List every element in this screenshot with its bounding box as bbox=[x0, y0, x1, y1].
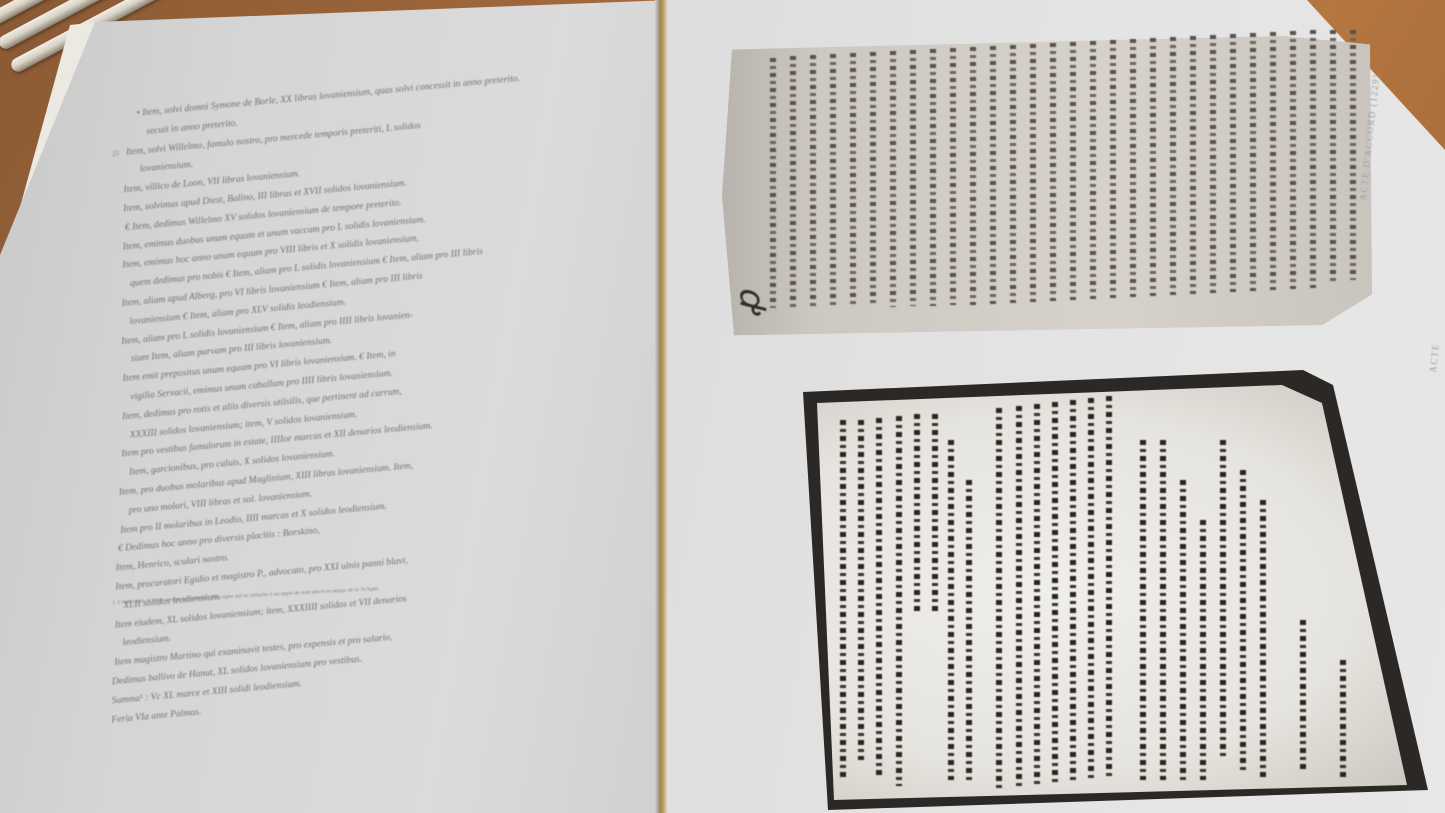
manuscript-initial-letter: ꝓ bbox=[728, 291, 768, 317]
account-text: • Item, solvi domni Symone de Borle, XX … bbox=[100, 64, 634, 725]
book-gutter bbox=[655, 0, 667, 813]
